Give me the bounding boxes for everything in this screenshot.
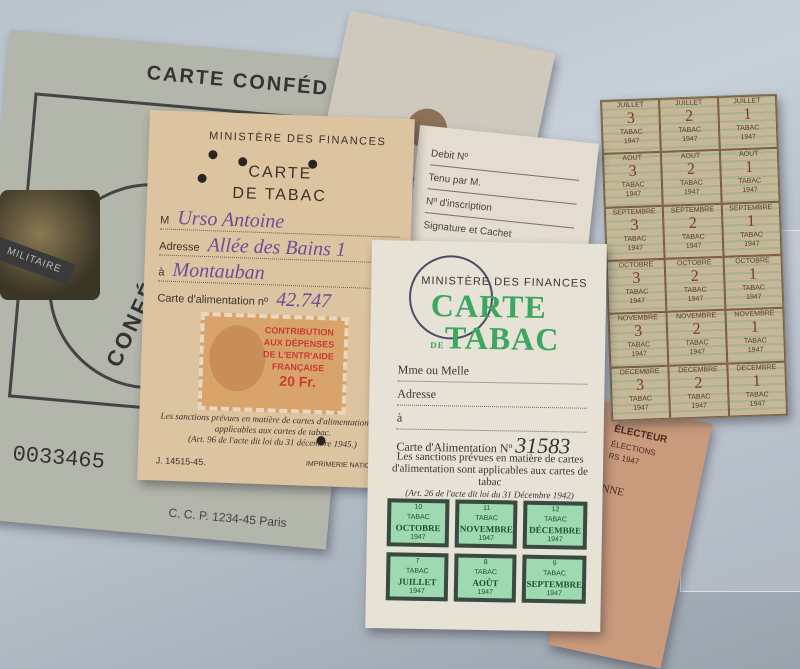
ccp-text: C. C. P. 1234-45 Paris (168, 506, 287, 530)
ration-coupon: 7TABACJUILLET1947 (386, 552, 449, 601)
sheet-coupon: DECEMBRE2TABAC1947 (669, 363, 729, 418)
ministry-header: MINISTÈRE DES FINANCES (209, 130, 387, 148)
city-value: Montauban (172, 259, 265, 284)
card-number: Nº 0033465 (0, 438, 106, 474)
contribution-stamp: CONTRIBUTION AUX DÉPENSES DE L'ENTR'AIDE… (198, 312, 349, 415)
medal-bar: MILITAIRE (0, 237, 75, 285)
sheet-coupon: SEPTEMBRE3TABAC1947 (605, 206, 665, 261)
sheet-coupon: NOVEMBRE2TABAC1947 (667, 310, 727, 365)
sheet-coupon: JUILLET1TABAC1947 (718, 95, 778, 150)
coupon-sheet: JUILLET3TABAC1947JUILLET2TABAC1947JUILLE… (600, 94, 788, 422)
sheet-coupon: DECEMBRE3TABAC1947 (610, 365, 670, 420)
military-medal: MILITAIRE (0, 190, 100, 300)
sheet-coupon: SEPTEMBRE2TABAC1947 (663, 203, 723, 258)
sanctions-text: Les sanctions prévues en matière de cart… (152, 410, 393, 451)
address-field: Adresse (397, 386, 587, 408)
sheet-coupon: DECEMBRE1TABAC1947 (727, 361, 787, 416)
sheet-coupon: JUILLET2TABAC1947 (659, 97, 719, 152)
sheet-coupon: OCTOBRE1TABAC1947 (723, 255, 783, 310)
form-code: J. 14515-45. (156, 455, 206, 467)
sheet-coupon: JUILLET3TABAC1947 (601, 99, 661, 154)
stamp-text: CONTRIBUTION AUX DÉPENSES DE L'ENTR'AIDE… (258, 324, 338, 391)
ration-coupon: 9TABACSEPTEMBRE1947 (522, 555, 586, 604)
sanctions-text: Les sanctions prévues en matière de cart… (389, 450, 590, 501)
ration-row: Carte d'alimentation nº42.747 (157, 284, 398, 314)
sheet-coupon: SEPTEMBRE1TABAC1947 (721, 201, 781, 256)
tabac-card-feminine: MINISTÈRE DES FINANCES CARTEDETABAC Mme … (365, 240, 607, 632)
sheet-coupon: AOUT1TABAC1947 (719, 148, 779, 203)
address-value: Allée des Bains 1 (207, 234, 346, 261)
elector-partial: NNE (600, 482, 625, 498)
ration-field: Carte d'Alimentation Nº 31583 (396, 430, 586, 451)
name-label: M (160, 214, 170, 226)
ration-label: Carte d'alimentation nº (157, 292, 268, 308)
punch-hole (208, 150, 217, 159)
ration-value: 42.747 (276, 289, 332, 313)
sheet-coupon: NOVEMBRE3TABAC1947 (608, 312, 668, 367)
sheet-coupon: AOUT3TABAC1947 (603, 152, 663, 207)
card-subtitle: DE TABAC (147, 182, 412, 209)
sheet-coupon: OCTOBRE3TABAC1947 (607, 259, 667, 314)
sheet-coupon: OCTOBRE2TABAC1947 (665, 257, 725, 312)
ration-coupon: 8TABACAOÛT1947 (454, 553, 517, 602)
coupon-grid: 10TABACOCTOBRE194711TABACNOVEMBRE194712T… (386, 498, 588, 603)
sheet-coupon: NOVEMBRE1TABAC1947 (725, 308, 785, 363)
ration-coupon: 11TABACNOVEMBRE1947 (455, 500, 518, 549)
ration-coupon: 10TABACOCTOBRE1947 (387, 498, 450, 547)
sheet-coupon: AOUT2TABAC1947 (661, 150, 721, 205)
ration-coupon: 12TABACDÉCEMBRE1947 (523, 501, 587, 550)
city-label: à (158, 266, 165, 278)
punch-hole (197, 174, 206, 183)
name-value: Urso Antoine (177, 207, 285, 233)
address-label: Adresse (159, 240, 200, 253)
name-field: Mme ou Melle (398, 362, 588, 384)
city-field: à (397, 410, 587, 432)
card-title: CARTEDETABAC (430, 289, 560, 363)
confederation-title: CARTE CONFÉD (146, 62, 330, 101)
